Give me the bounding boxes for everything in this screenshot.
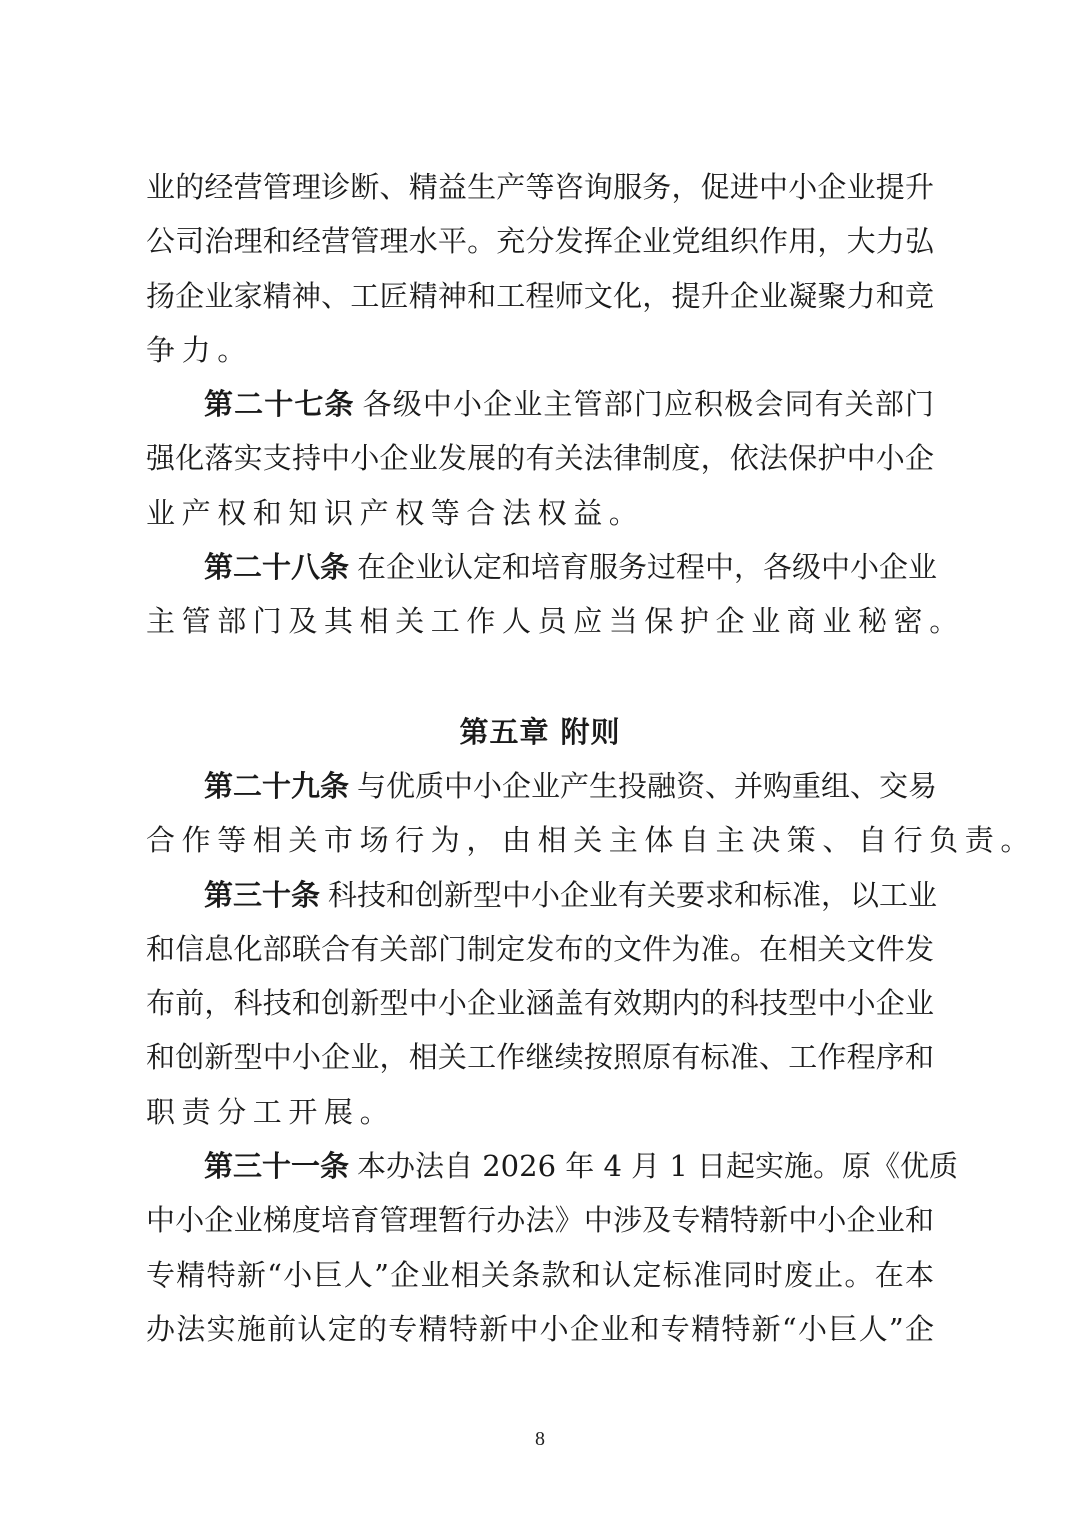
text-line: 扬企业家精神、工匠精神和工程师文化，提升企业凝聚力和竞 [146,269,934,323]
chapter-heading: 第五章 附则 [146,705,934,759]
page-number: 8 [0,1428,1080,1451]
text-line: 第二十九条与优质中小企业产生投融资、并购重组、交易 [146,759,934,813]
document-page: 业的经营管理诊断、精益生产等咨询服务，促进中小企业提升 公司治理和经营管理水平。… [146,160,934,1356]
text-line: 主管部门及其相关工作人员应当保护企业商业秘密。 [146,594,934,648]
article-label: 第二十八条 [204,550,349,584]
article-text: 各级中小企业主管部门应积极会同有关部门 [363,387,934,421]
article-text: 在企业认定和培育服务过程中，各级中小企业 [357,550,937,584]
text-line: 和信息化部联合有关部门制定发布的文件为准。在相关文件发 [146,922,934,976]
article-text: 本办法自 2026 年 4 月 1 日起实施。原《优质 [357,1149,958,1183]
article-label: 第三十条 [204,878,320,912]
article-label: 第二十七条 [204,387,355,421]
text-line: 强化落实支持中小企业发展的有关法律制度，依法保护中小企 [146,431,934,485]
text-line: 争力。 [146,323,934,377]
text-line: 中小企业梯度培育管理暂行办法》中涉及专精特新中小企业和 [146,1193,934,1247]
article-27: 第二十七条各级中小企业主管部门应积极会同有关部门 强化落实支持中小企业发展的有关… [146,377,934,540]
article-29: 第二十九条与优质中小企业产生投融资、并购重组、交易 合作等相关市场行为，由相关主… [146,759,934,868]
text-line: 布前，科技和创新型中小企业涵盖有效期内的科技型中小企业 [146,976,934,1030]
paragraph-continued: 业的经营管理诊断、精益生产等咨询服务，促进中小企业提升 公司治理和经营管理水平。… [146,160,934,377]
text-line: 办法实施前认定的专精特新中小企业和专精特新“小巨人”企 [146,1302,934,1356]
text-line: 合作等相关市场行为，由相关主体自主决策、自行负责。 [146,813,934,867]
text-line: 第二十八条在企业认定和培育服务过程中，各级中小企业 [146,540,934,594]
text-line: 业产权和知识产权等合法权益。 [146,486,934,540]
text-line: 公司治理和经营管理水平。充分发挥企业党组织作用，大力弘 [146,214,934,268]
article-30: 第三十条科技和创新型中小企业有关要求和标准，以工业 和信息化部联合有关部门制定发… [146,868,934,1139]
article-28: 第二十八条在企业认定和培育服务过程中，各级中小企业 主管部门及其相关工作人员应当… [146,540,934,649]
section-spacer [146,649,934,705]
text-line: 专精特新“小巨人”企业相关条款和认定标准同时废止。在本 [146,1248,934,1302]
article-31: 第三十一条本办法自 2026 年 4 月 1 日起实施。原《优质 中小企业梯度培… [146,1139,934,1356]
text-line: 第二十七条各级中小企业主管部门应积极会同有关部门 [146,377,934,431]
article-text: 与优质中小企业产生投融资、并购重组、交易 [357,769,937,803]
article-label: 第二十九条 [204,769,349,803]
text-line: 第三十条科技和创新型中小企业有关要求和标准，以工业 [146,868,934,922]
article-label: 第三十一条 [204,1149,349,1183]
text-line: 职责分工开展。 [146,1085,934,1139]
article-text: 科技和创新型中小企业有关要求和标准，以工业 [328,878,937,912]
text-line: 和创新型中小企业，相关工作继续按照原有标准、工作程序和 [146,1030,934,1084]
text-line: 业的经营管理诊断、精益生产等咨询服务，促进中小企业提升 [146,160,934,214]
text-line: 第三十一条本办法自 2026 年 4 月 1 日起实施。原《优质 [146,1139,934,1193]
